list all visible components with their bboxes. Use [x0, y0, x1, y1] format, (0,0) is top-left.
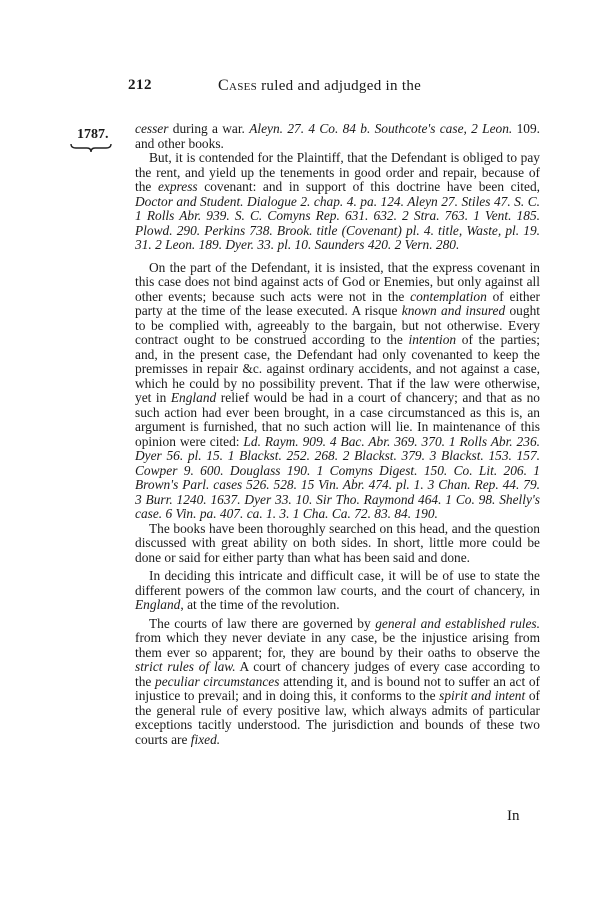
italic-text: express [158, 179, 198, 194]
page-number: 212 [128, 77, 152, 94]
running-head-rest: ruled and adjudged in the [257, 78, 421, 94]
running-head: Cases ruled and adjudged in the [218, 77, 421, 95]
italic-text: known and insured [402, 303, 505, 318]
text: The courts of law there are governed by [149, 616, 375, 631]
text: In deciding this intricate and difficult… [135, 568, 540, 598]
paragraph-books-searched: The books have been thoroughly searched … [135, 522, 540, 566]
text: covenant: and in support of this doctrin… [198, 179, 540, 194]
paragraph-defendant-argument: On the part of the Defendant, it is insi… [135, 261, 540, 522]
italic-text: contemplation [410, 289, 487, 304]
italic-text: peculiar circumstances [155, 674, 279, 689]
text: The books have been thoroughly searched … [135, 521, 540, 565]
italic-text: intention [409, 332, 457, 347]
italic-text: spirit and intent [439, 688, 525, 703]
catchword: In [507, 808, 520, 825]
paragraph-plaintiff-argument: But, it is contended for the Plaintiff, … [135, 151, 540, 253]
page-header: 212 Cases ruled and adjudged in the [128, 77, 528, 97]
text: , at the time of the revolution. [180, 597, 339, 612]
paragraph-courts-of-law: The courts of law there are governed by … [135, 617, 540, 748]
italic-text: England [171, 390, 216, 405]
italic-text: Doctor and Student. Dialogue 2. chap. 4.… [135, 194, 540, 253]
italic-text: Aleyn. 27. 4 Co. 84 b. Southcote's case,… [249, 121, 512, 136]
paragraph-continuation: cesser during a war. Aleyn. 27. 4 Co. 84… [135, 122, 540, 151]
paragraph-deciding: In deciding this intricate and difficult… [135, 569, 540, 613]
body-text: cesser during a war. Aleyn. 27. 4 Co. 84… [135, 122, 540, 747]
margin-year-note: 1787. [77, 127, 109, 143]
text: during a war. [168, 121, 249, 136]
brace-icon [70, 143, 112, 153]
italic-text: cesser [135, 121, 168, 136]
text: from which they never deviate in any cas… [135, 630, 540, 660]
running-head-smallcaps: Cases [218, 77, 257, 94]
italic-text: general and established rules. [375, 616, 540, 631]
italic-text: England [135, 597, 180, 612]
italic-text: strict rules of law. [135, 659, 236, 674]
italic-text: fixed. [191, 732, 220, 747]
